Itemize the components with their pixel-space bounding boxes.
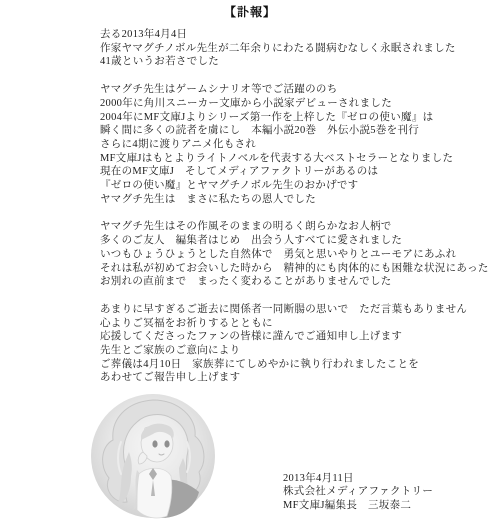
body-line: ご葬儀は4月10日 家族葬にてしめやかに執り行われましたことを (100, 358, 480, 372)
body-line: 応援してくださったファンの皆様に謹んでご通知申し上げます (100, 330, 480, 344)
paragraph-personality: ヤマグチ先生はその作風そのままの明るく朗らかなお人柄で 多くのご友人 編集者はじ… (100, 220, 480, 289)
body-line: ヤマグチ先生は まさに私たちの恩人でした (100, 193, 480, 207)
body-line: あわせてご報告申し上げます (100, 371, 480, 385)
body-line: 41歳というお若さでした (100, 55, 480, 69)
obituary-page: 【訃報】 去る2013年4月4日 作家ヤマグチノボル先生が二年余りにわたる闘病む… (0, 0, 500, 523)
body-line: あまりに早すぎるご逝去に関係者一同断腸の思いで ただ言葉もありません (100, 303, 480, 317)
body-line: 先生とご家族のご意向により (100, 344, 480, 358)
signature-block: 2013年4月11日 株式会社メディアファクトリー MF文庫J編集長 三坂泰二 (283, 472, 433, 512)
body-line: お別れの直前まで まったく変わることがありませんでした (100, 275, 480, 289)
body-line: 多くのご友人 編集者はじめ 出会う人すべてに愛されました (100, 234, 480, 248)
eye-right (164, 440, 169, 447)
obituary-body: 去る2013年4月4日 作家ヤマグチノボル先生が二年余りにわたる闘病むなしく永眠… (100, 28, 480, 399)
body-line: ヤマグチ先生はその作風そのままの明るく朗らかなお人柄で (100, 220, 480, 234)
signature-company: 株式会社メディアファクトリー (283, 485, 433, 498)
body-line: 現在のMF文庫J そしてメディアファクトリーがあるのは (100, 165, 480, 179)
anime-girl-sketch-illustration (87, 392, 219, 522)
paragraph-career: ヤマグチ先生はゲームシナリオ等でご活躍ののち 2000年に角川スニーカー文庫から… (100, 83, 480, 206)
paragraph-condolence-notice: あまりに早すぎるご逝去に関係者一同断腸の思いで ただ言葉もありません 心よりご冥… (100, 303, 480, 385)
eye-left (152, 440, 157, 447)
body-line: 『ゼロの使い魔』とヤマグチノボル先生のおかげです (100, 179, 480, 193)
signature-editor: MF文庫J編集長 三坂泰二 (283, 499, 433, 512)
body-line: MF文庫Jはもとよりライトノベルを代表する大ベストセラーとなりました (100, 152, 480, 166)
body-line: それは私が初めてお会いした時から 精神的にも肉体的にも困難な状況にあった (100, 262, 480, 276)
body-line: 心よりご冥福をお祈りするとともに (100, 317, 480, 331)
body-line: ヤマグチ先生はゲームシナリオ等でご活躍ののち (100, 83, 480, 97)
body-line: いつもひょうひょうとした自然体で 勇気と思いやりとユーモアにあふれ (100, 248, 480, 262)
body-line: さらに4期に渡りアニメ化もされ (100, 138, 480, 152)
body-line: 2004年にMF文庫Jよりシリーズ第一作を上梓した『ゼロの使い魔』は (100, 111, 480, 125)
anime-girl-sketch-svg (87, 392, 219, 522)
body-line: 2000年に角川スニーカー文庫から小説家デビューされました (100, 97, 480, 111)
signature-date: 2013年4月11日 (283, 472, 433, 485)
page-title: 【訃報】 (0, 3, 500, 20)
body-line: 作家ヤマグチノボル先生が二年余りにわたる闘病むなしく永眠されました (100, 42, 480, 56)
body-line: 去る2013年4月4日 (100, 28, 480, 42)
paragraph-death-announcement: 去る2013年4月4日 作家ヤマグチノボル先生が二年余りにわたる闘病むなしく永眠… (100, 28, 480, 69)
body-line: 瞬く間に多くの読者を虜にし 本編小説20巻 外伝小説5巻を刊行 (100, 124, 480, 138)
